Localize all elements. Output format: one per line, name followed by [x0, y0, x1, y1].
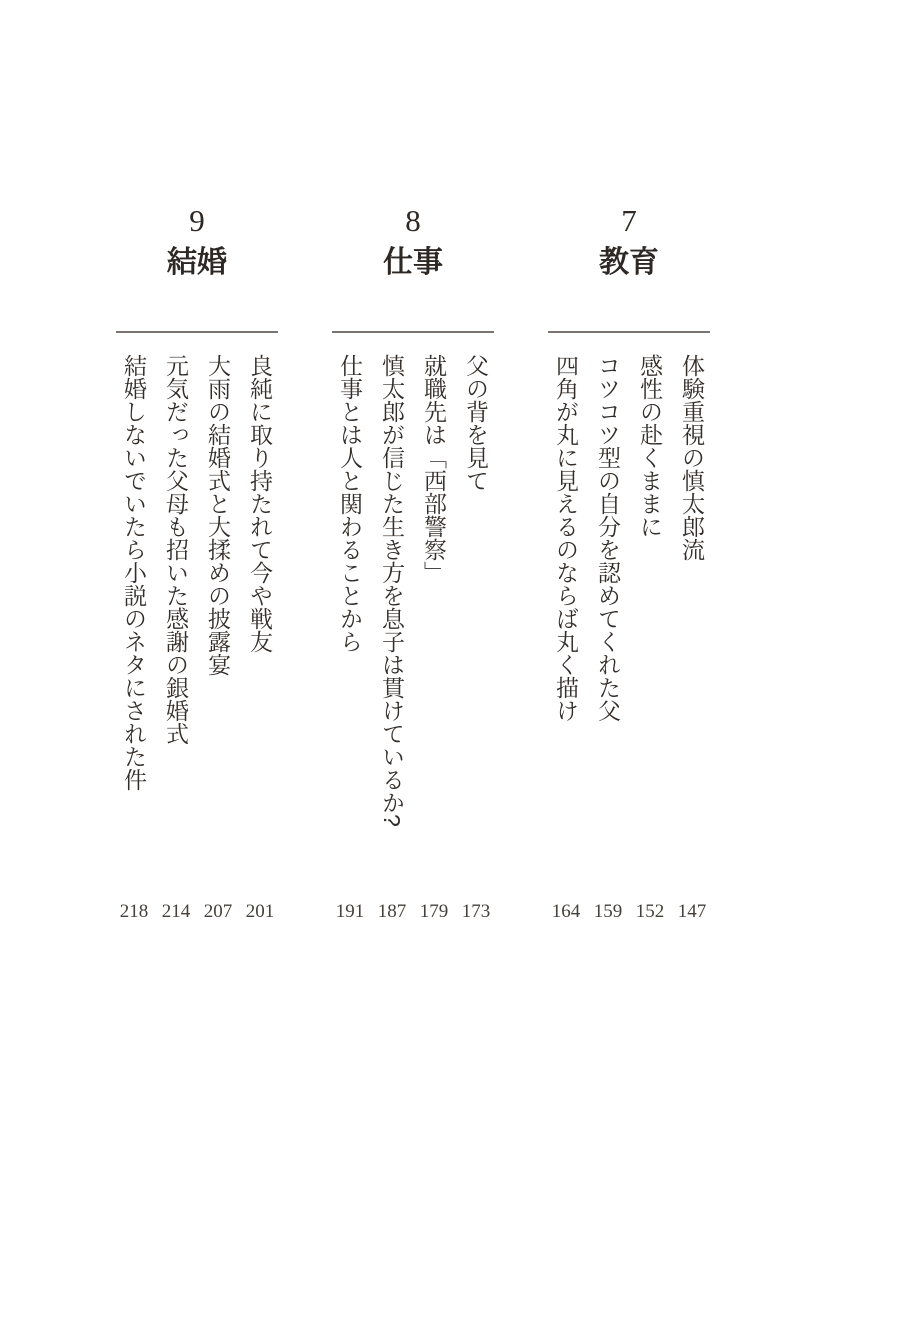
entry-page-number: 207 — [204, 902, 233, 921]
entry-title: 慎太郎が信じた生き方を息子は貫けているか? — [371, 354, 413, 827]
entry-title: 父の背を見て — [455, 354, 497, 492]
entry-page-number: 152 — [636, 902, 665, 921]
chapter-divider-rule — [548, 331, 710, 333]
entry-page-number: 159 — [594, 902, 623, 921]
toc-entry: 感性の赴くままに 152 — [629, 354, 671, 921]
entry-title: 感性の赴くままに — [629, 354, 671, 538]
entry-page-number: 179 — [420, 902, 449, 921]
entry-page-number: 147 — [678, 902, 707, 921]
chapter-section-7: 7 教育 体験重視の慎太郎流 147 感性の赴くままに 152 コツコツ型の自分… — [545, 205, 713, 921]
entry-title: 就職先は「西部警察」 — [413, 354, 455, 584]
chapter-section-8: 8 仕事 父の背を見て 173 就職先は「西部警察」 179 慎太郎が信じた生き… — [329, 205, 497, 921]
toc-entry: 就職先は「西部警察」 179 — [413, 354, 455, 921]
chapter-entries: 良純に取り持たれて今や戦友 201 大雨の結婚式と大揉めの披露宴 207 元気だ… — [113, 354, 281, 921]
chapter-list: 7 教育 体験重視の慎太郎流 147 感性の赴くままに 152 コツコツ型の自分… — [113, 205, 713, 921]
toc-entry: 結婚しないでいたら小説のネタにされた件 218 — [113, 354, 155, 921]
chapter-number: 8 — [405, 205, 421, 236]
toc-entry: 元気だった父母も招いた感謝の銀婚式 214 — [155, 354, 197, 921]
toc-entry: 慎太郎が信じた生き方を息子は貫けているか? 187 — [371, 354, 413, 921]
entry-title: コツコツ型の自分を認めてくれた父 — [587, 354, 629, 722]
entry-page-number: 191 — [336, 902, 365, 921]
entry-title: 仕事とは人と関わることから — [329, 354, 371, 653]
entry-page-number: 218 — [120, 902, 149, 921]
entry-page-number: 164 — [552, 902, 581, 921]
chapter-number: 9 — [189, 205, 205, 236]
entry-title: 大雨の結婚式と大揉めの披露宴 — [197, 354, 239, 676]
toc-entry: 良純に取り持たれて今や戦友 201 — [239, 354, 281, 921]
chapter-divider-rule — [116, 331, 278, 333]
toc-entry: コツコツ型の自分を認めてくれた父 159 — [587, 354, 629, 921]
chapter-title: 教育 — [599, 248, 659, 278]
entry-title: 良純に取り持たれて今や戦友 — [239, 354, 281, 653]
entry-title: 体験重視の慎太郎流 — [671, 354, 713, 561]
chapter-divider-rule — [332, 331, 494, 333]
chapter-title: 結婚 — [167, 248, 227, 278]
toc-page: 7 教育 体験重視の慎太郎流 147 感性の赴くままに 152 コツコツ型の自分… — [0, 0, 900, 1322]
toc-entry: 四角が丸に見えるのならば丸く描け 164 — [545, 354, 587, 921]
chapter-title: 仕事 — [383, 248, 443, 278]
chapter-entries: 体験重視の慎太郎流 147 感性の赴くままに 152 コツコツ型の自分を認めてく… — [545, 354, 713, 921]
chapter-number: 7 — [621, 205, 637, 236]
entry-page-number: 187 — [378, 902, 407, 921]
entry-page-number: 201 — [246, 902, 275, 921]
toc-entry: 父の背を見て 173 — [455, 354, 497, 921]
entry-title: 結婚しないでいたら小説のネタにされた件 — [113, 354, 155, 791]
toc-entry: 大雨の結婚式と大揉めの披露宴 207 — [197, 354, 239, 921]
chapter-section-9: 9 結婚 良純に取り持たれて今や戦友 201 大雨の結婚式と大揉めの披露宴 20… — [113, 205, 281, 921]
entry-page-number: 173 — [462, 902, 491, 921]
chapter-entries: 父の背を見て 173 就職先は「西部警察」 179 慎太郎が信じた生き方を息子は… — [329, 354, 497, 921]
toc-entry: 体験重視の慎太郎流 147 — [671, 354, 713, 921]
entry-title: 四角が丸に見えるのならば丸く描け — [545, 354, 587, 722]
entry-page-number: 214 — [162, 902, 191, 921]
toc-entry: 仕事とは人と関わることから 191 — [329, 354, 371, 921]
entry-title: 元気だった父母も招いた感謝の銀婚式 — [155, 354, 197, 745]
